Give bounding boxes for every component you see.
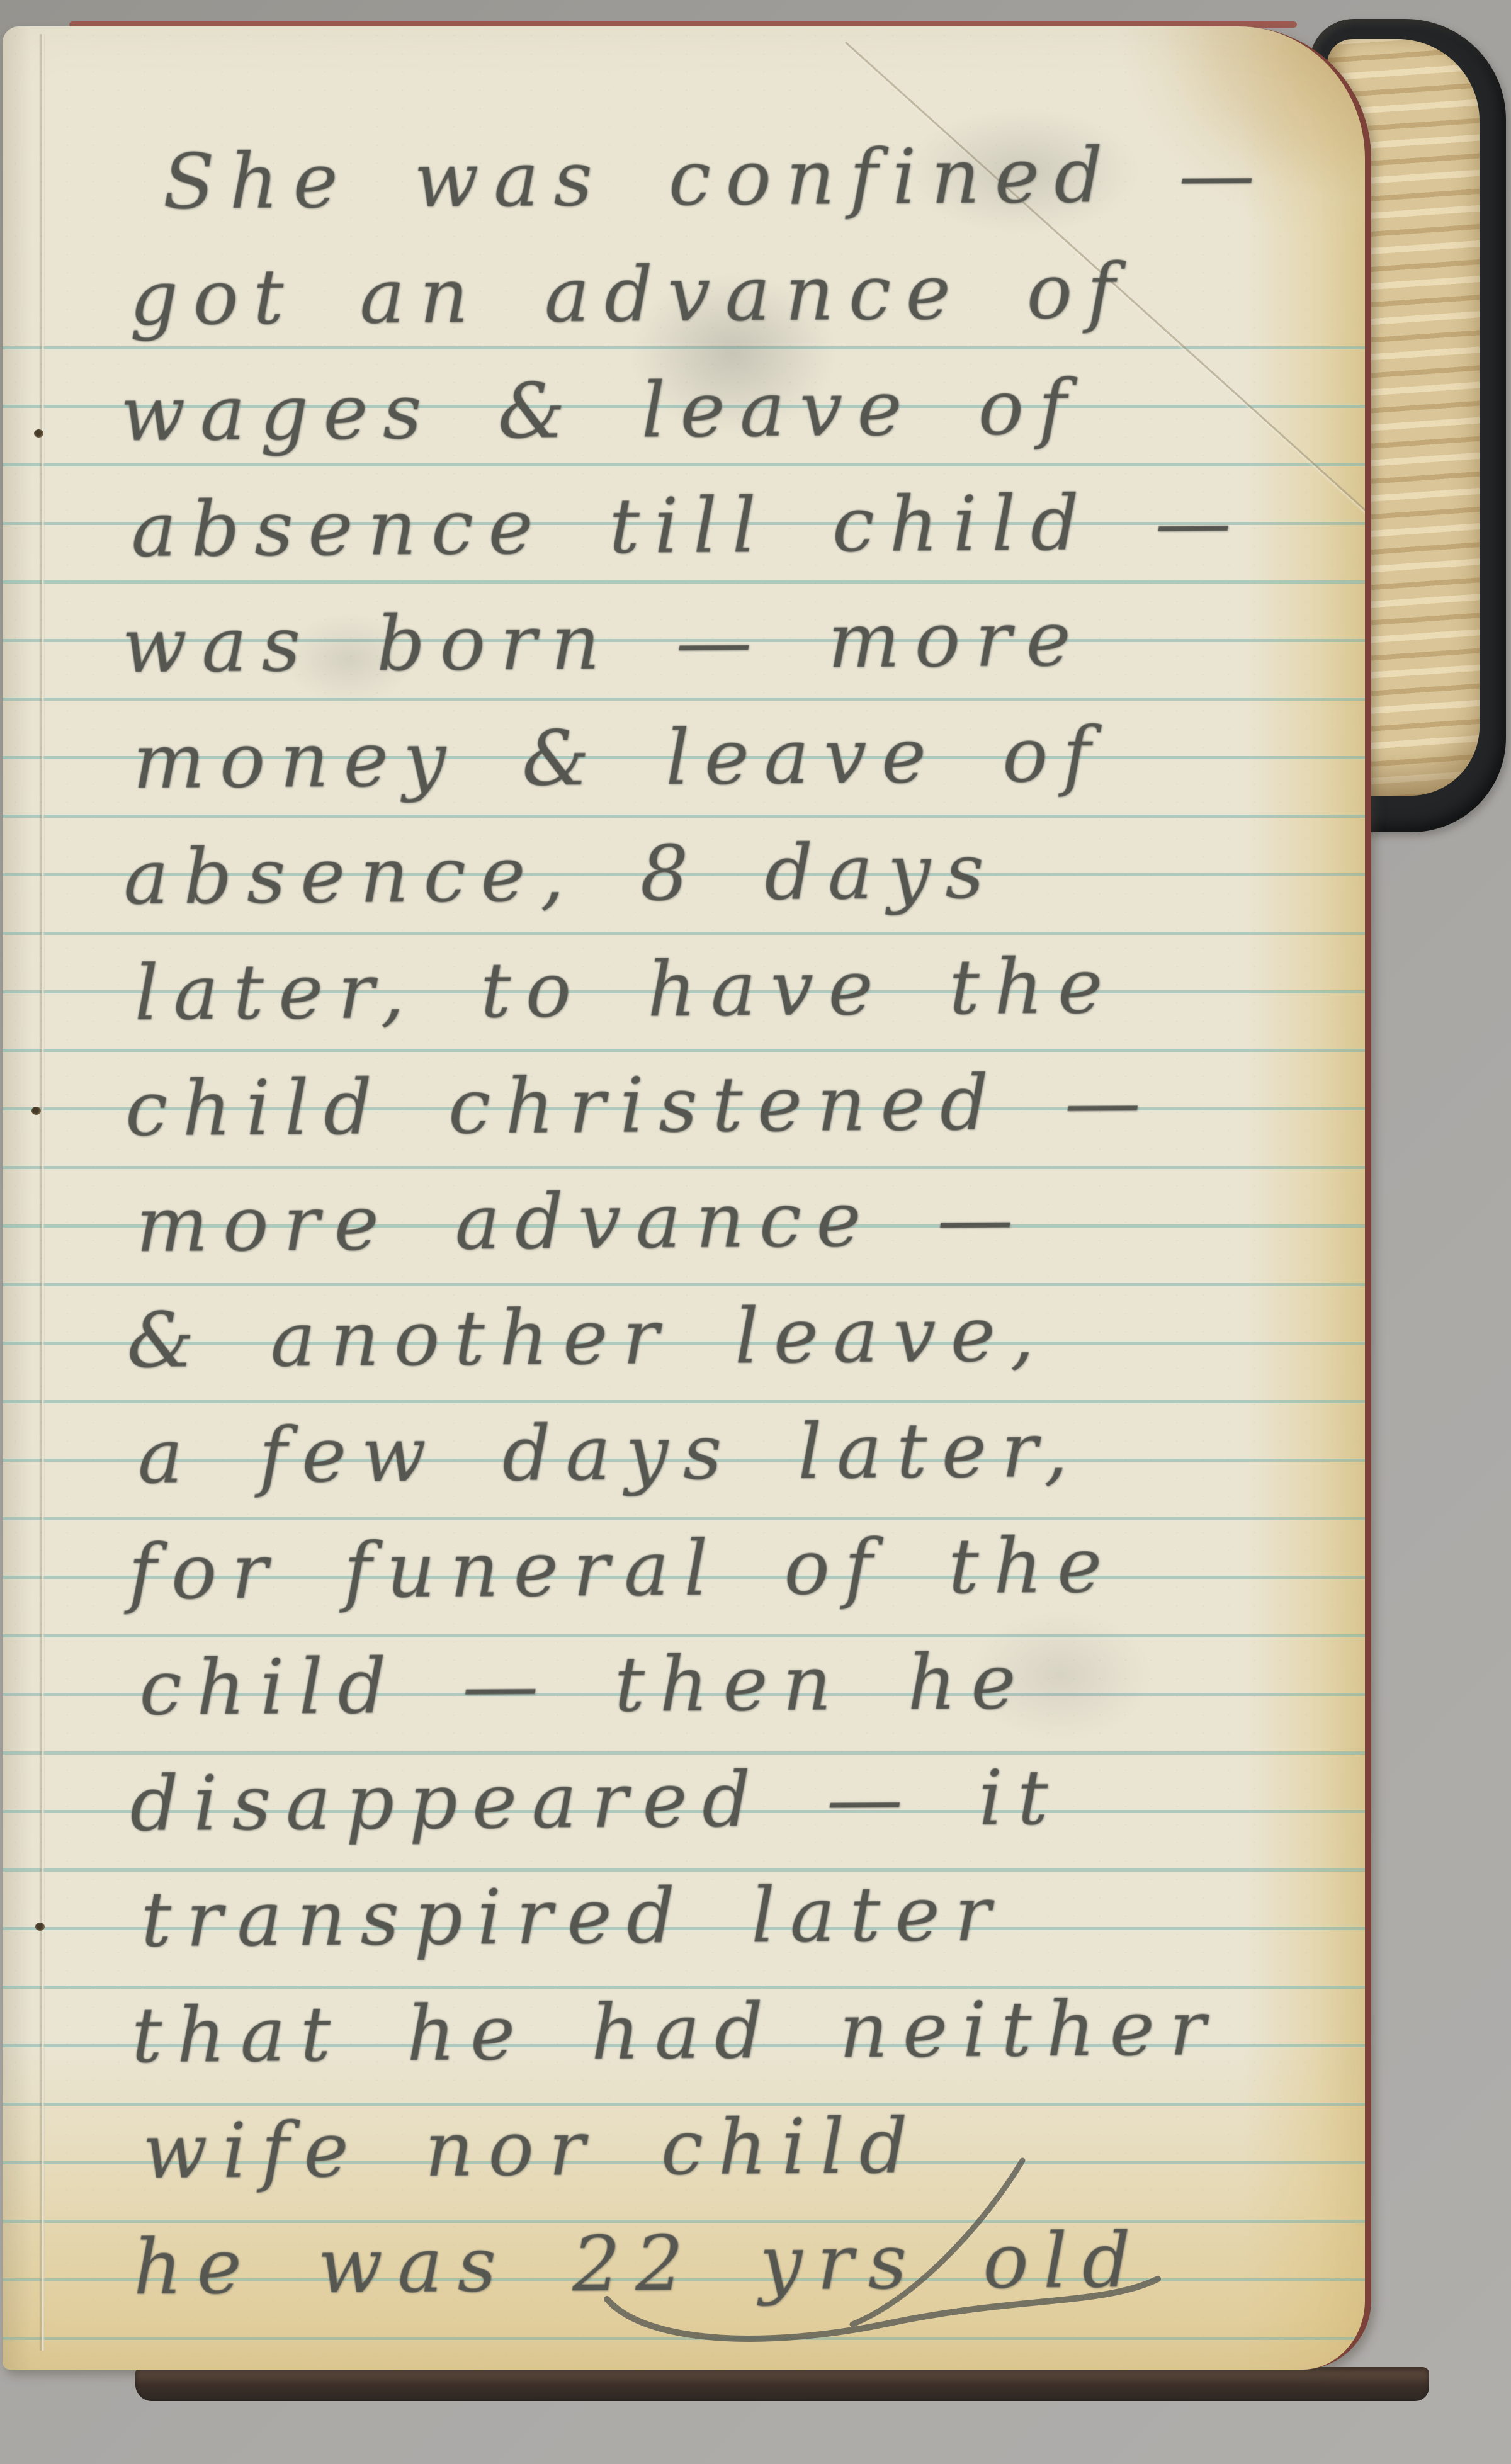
handwritten-line: a few days later,: [137, 1391, 1279, 1515]
handwritten-line: wages & leave of: [120, 349, 1271, 473]
handwritten-line: absence till child —: [131, 465, 1272, 589]
handwritten-line: child christened —: [125, 1044, 1276, 1168]
handwritten-line: later, to have the: [134, 928, 1276, 1052]
handwriting-block: She was confined — got an advance of wag…: [118, 117, 1284, 2326]
handwritten-line: got an advance of: [129, 233, 1270, 357]
handwritten-line: transpired later: [140, 1855, 1282, 1979]
stitch-hole: [31, 1107, 41, 1115]
cover-bottom-edge: [135, 2367, 1429, 2401]
handwritten-line: & another leave,: [127, 1275, 1278, 1399]
handwritten-line: child — then he: [139, 1623, 1281, 1747]
handwritten-line: She was confined —: [162, 117, 1270, 240]
handwritten-line: that he had neither: [131, 1970, 1282, 2094]
binding-crease: [39, 34, 45, 2351]
stitch-hole: [35, 1923, 45, 1931]
handwritten-line: more advance —: [135, 1160, 1277, 1284]
flourish-swash: [500, 2123, 1192, 2362]
handwritten-line: money & leave of: [132, 696, 1274, 820]
handwritten-line: was born — more: [122, 580, 1273, 704]
notebook-photo: She was confined — got an advance of wag…: [0, 0, 1511, 2464]
handwritten-line: absence, 8 days: [123, 812, 1275, 936]
handwritten-line: disappeared — it: [130, 1739, 1281, 1863]
notebook-page: She was confined — got an advance of wag…: [3, 26, 1371, 2370]
stitch-hole: [34, 429, 43, 438]
handwritten-line: for funeral of the: [128, 1507, 1279, 1631]
